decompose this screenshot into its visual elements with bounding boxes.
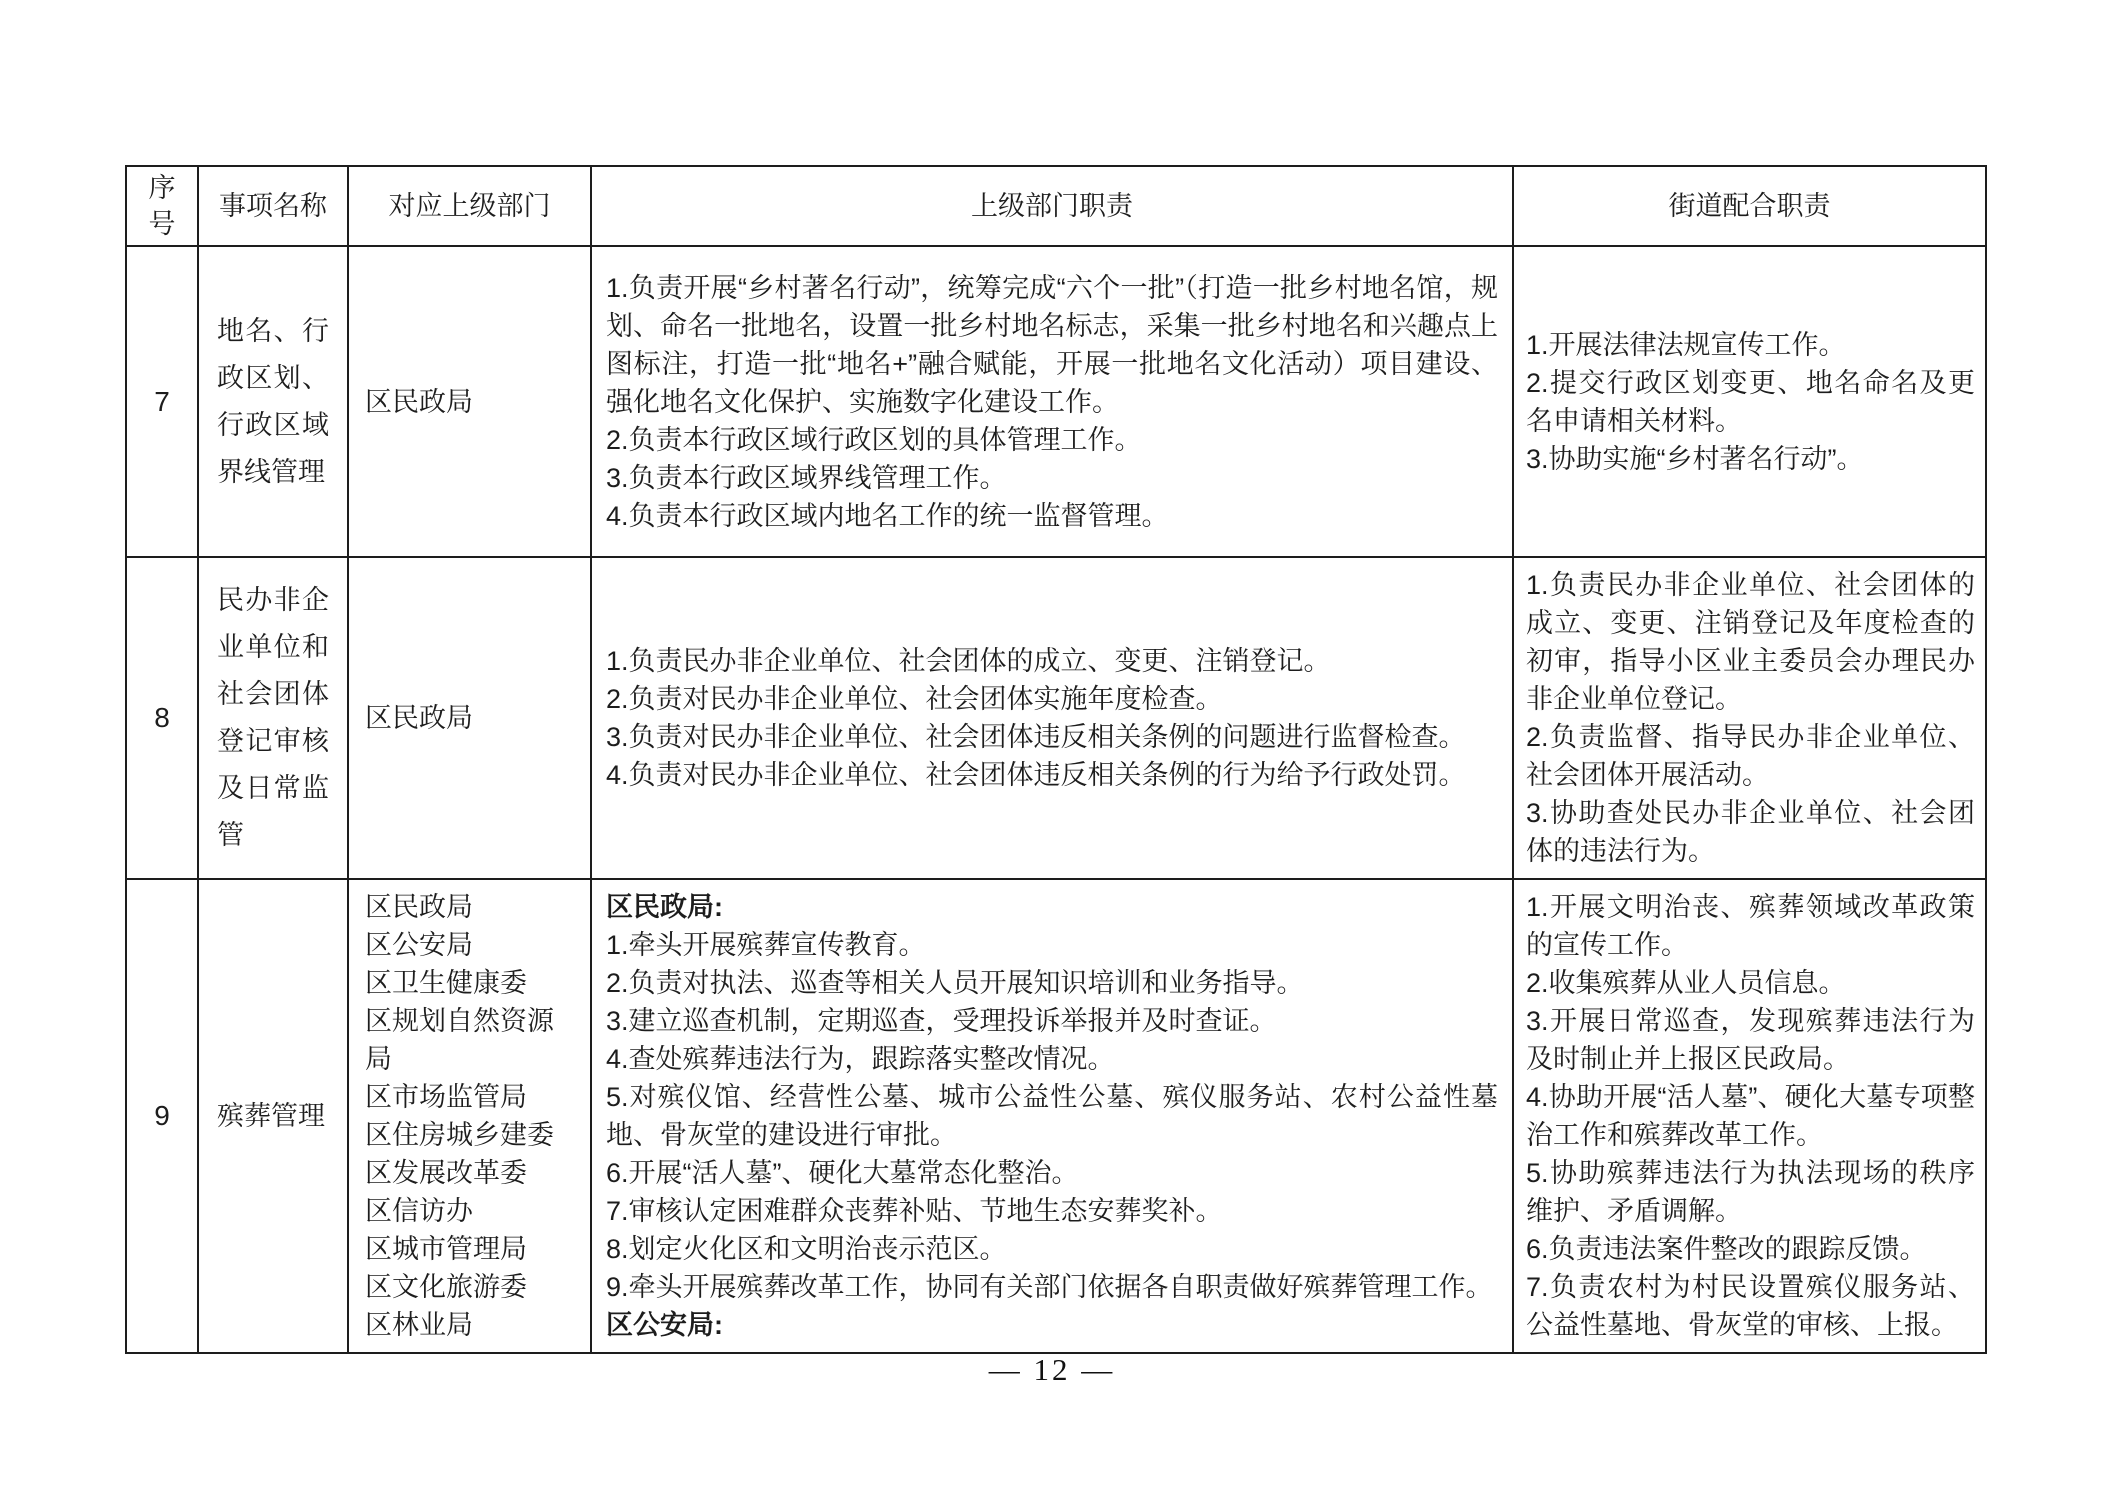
superior-duty-line: 区民政局: [606,888,1498,926]
street-duty-line: 5.协助殡葬违法行为执法现场的秩序维护、矛盾调解。 [1526,1154,1975,1230]
cell-departments: 区民政局 [348,246,591,557]
department-line: 区卫生健康委 [365,964,580,1002]
department-line: 区民政局 [365,888,580,926]
superior-duty-line: 4.负责对民办非企业单位、社会团体违反相关条例的行为给予行政处罚。 [606,756,1498,794]
superior-duty-line: 1.牵头开展殡葬宣传教育。 [606,926,1498,964]
table-row: 9殡葬管理区民政局区公安局区卫生健康委区规划自然资源局区市场监管局区住房城乡建委… [126,879,1986,1353]
table-row: 7地名、行政区划、行政区域界线管理区民政局1.负责开展“乡村著名行动”，统筹完成… [126,246,1986,557]
document-page: 序号 事项名称 对应上级部门 上级部门职责 街道配合职责 7地名、行政区划、行政… [0,0,2104,1488]
cell-item-name: 民办非企业单位和社会团体登记审核及日常监管 [198,557,348,879]
street-duty-line: 2.收集殡葬从业人员信息。 [1526,964,1975,1002]
page-number: — 12 — [0,1352,2104,1388]
cell-item-name: 殡葬管理 [198,879,348,1353]
cell-street-duties: 1.开展法律法规宣传工作。2.提交行政区划变更、地名命名及更名申请相关材料。3.… [1513,246,1986,557]
superior-duty-line: 4.查处殡葬违法行为，跟踪落实整改情况。 [606,1040,1498,1078]
superior-duty-line: 2.负责对民办非企业单位、社会团体实施年度检查。 [606,680,1498,718]
superior-duty-line: 3.建立巡查机制，定期巡查，受理投诉举报并及时查证。 [606,1002,1498,1040]
department-line: 区公安局 [365,926,580,964]
cell-item-name: 地名、行政区划、行政区域界线管理 [198,246,348,557]
cell-street-duties: 1.开展文明治丧、殡葬领域改革政策的宣传工作。2.收集殡葬从业人员信息。3.开展… [1513,879,1986,1353]
superior-duty-line: 9.牵头开展殡葬改革工作，协同有关部门依据各自职责做好殡葬管理工作。 [606,1268,1498,1306]
superior-duty-line: 1.负责开展“乡村著名行动”，统筹完成“六个一批”（打造一批乡村地名馆，规划、命… [606,269,1498,421]
street-duty-line: 2.提交行政区划变更、地名命名及更名申请相关材料。 [1526,364,1975,440]
department-line: 区信访办 [365,1192,580,1230]
department-line: 区住房城乡建委 [365,1116,580,1154]
header-serial-number: 序号 [126,166,198,246]
superior-duty-line: 3.负责对民办非企业单位、社会团体违反相关条例的问题进行监督检查。 [606,718,1498,756]
cell-street-duties: 1.负责民办非企业单位、社会团体的成立、变更、注销登记及年度检查的初审，指导小区… [1513,557,1986,879]
street-duty-line: 7.负责农村为村民设置殡仪服务站、公益性墓地、骨灰堂的审核、上报。 [1526,1268,1975,1344]
superior-duty-line: 4.负责本行政区域内地名工作的统一监督管理。 [606,497,1498,535]
superior-duty-line: 8.划定火化区和文明治丧示范区。 [606,1230,1498,1268]
superior-duty-line: 3.负责本行政区域界线管理工作。 [606,459,1498,497]
table-row: 8民办非企业单位和社会团体登记审核及日常监管区民政局1.负责民办非企业单位、社会… [126,557,1986,879]
department-line: 区民政局 [365,383,580,421]
cell-serial-number: 8 [126,557,198,879]
header-street-duties: 街道配合职责 [1513,166,1986,246]
cell-serial-number: 9 [126,879,198,1353]
department-line: 区民政局 [365,699,580,737]
header-superior-duties: 上级部门职责 [591,166,1513,246]
table-header-row: 序号 事项名称 对应上级部门 上级部门职责 街道配合职责 [126,166,1986,246]
cell-superior-duties: 1.负责民办非企业单位、社会团体的成立、变更、注销登记。2.负责对民办非企业单位… [591,557,1513,879]
street-duty-line: 6.负责违法案件整改的跟踪反馈。 [1526,1230,1975,1268]
superior-duty-line: 6.开展“活人墓”、硬化大墓常态化整治。 [606,1154,1498,1192]
superior-duty-line: 2.负责对执法、巡查等相关人员开展知识培训和业务指导。 [606,964,1498,1002]
duties-table: 序号 事项名称 对应上级部门 上级部门职责 街道配合职责 7地名、行政区划、行政… [125,165,1987,1354]
department-line: 区林业局 [365,1306,580,1344]
superior-duty-line: 2.负责本行政区域行政区划的具体管理工作。 [606,421,1498,459]
cell-superior-duties: 区民政局:1.牵头开展殡葬宣传教育。2.负责对执法、巡查等相关人员开展知识培训和… [591,879,1513,1353]
department-line: 区文化旅游委 [365,1268,580,1306]
superior-duty-line: 区公安局: [606,1306,1498,1344]
header-item-name: 事项名称 [198,166,348,246]
header-superior-department: 对应上级部门 [348,166,591,246]
superior-duty-line: 5.对殡仪馆、经营性公墓、城市公益性公墓、殡仪服务站、农村公益性墓地、骨灰堂的建… [606,1078,1498,1154]
cell-departments: 区民政局 [348,557,591,879]
department-line: 区市场监管局 [365,1078,580,1116]
superior-duty-line: 1.负责民办非企业单位、社会团体的成立、变更、注销登记。 [606,642,1498,680]
street-duty-line: 1.负责民办非企业单位、社会团体的成立、变更、注销登记及年度检查的初审，指导小区… [1526,566,1975,718]
department-line: 区发展改革委 [365,1154,580,1192]
cell-departments: 区民政局区公安局区卫生健康委区规划自然资源局区市场监管局区住房城乡建委区发展改革… [348,879,591,1353]
street-duty-line: 1.开展法律法规宣传工作。 [1526,326,1975,364]
cell-superior-duties: 1.负责开展“乡村著名行动”，统筹完成“六个一批”（打造一批乡村地名馆，规划、命… [591,246,1513,557]
street-duty-line: 3.协助实施“乡村著名行动”。 [1526,440,1975,478]
street-duty-line: 2.负责监督、指导民办非企业单位、社会团体开展活动。 [1526,718,1975,794]
street-duty-line: 1.开展文明治丧、殡葬领域改革政策的宣传工作。 [1526,888,1975,964]
street-duty-line: 4.协助开展“活人墓”、硬化大墓专项整治工作和殡葬改革工作。 [1526,1078,1975,1154]
department-line: 区规划自然资源局 [365,1002,580,1078]
cell-serial-number: 7 [126,246,198,557]
street-duty-line: 3.协助查处民办非企业单位、社会团体的违法行为。 [1526,794,1975,870]
department-line: 区城市管理局 [365,1230,580,1268]
street-duty-line: 3.开展日常巡查，发现殡葬违法行为及时制止并上报区民政局。 [1526,1002,1975,1078]
superior-duty-line: 7.审核认定困难群众丧葬补贴、节地生态安葬奖补。 [606,1192,1498,1230]
